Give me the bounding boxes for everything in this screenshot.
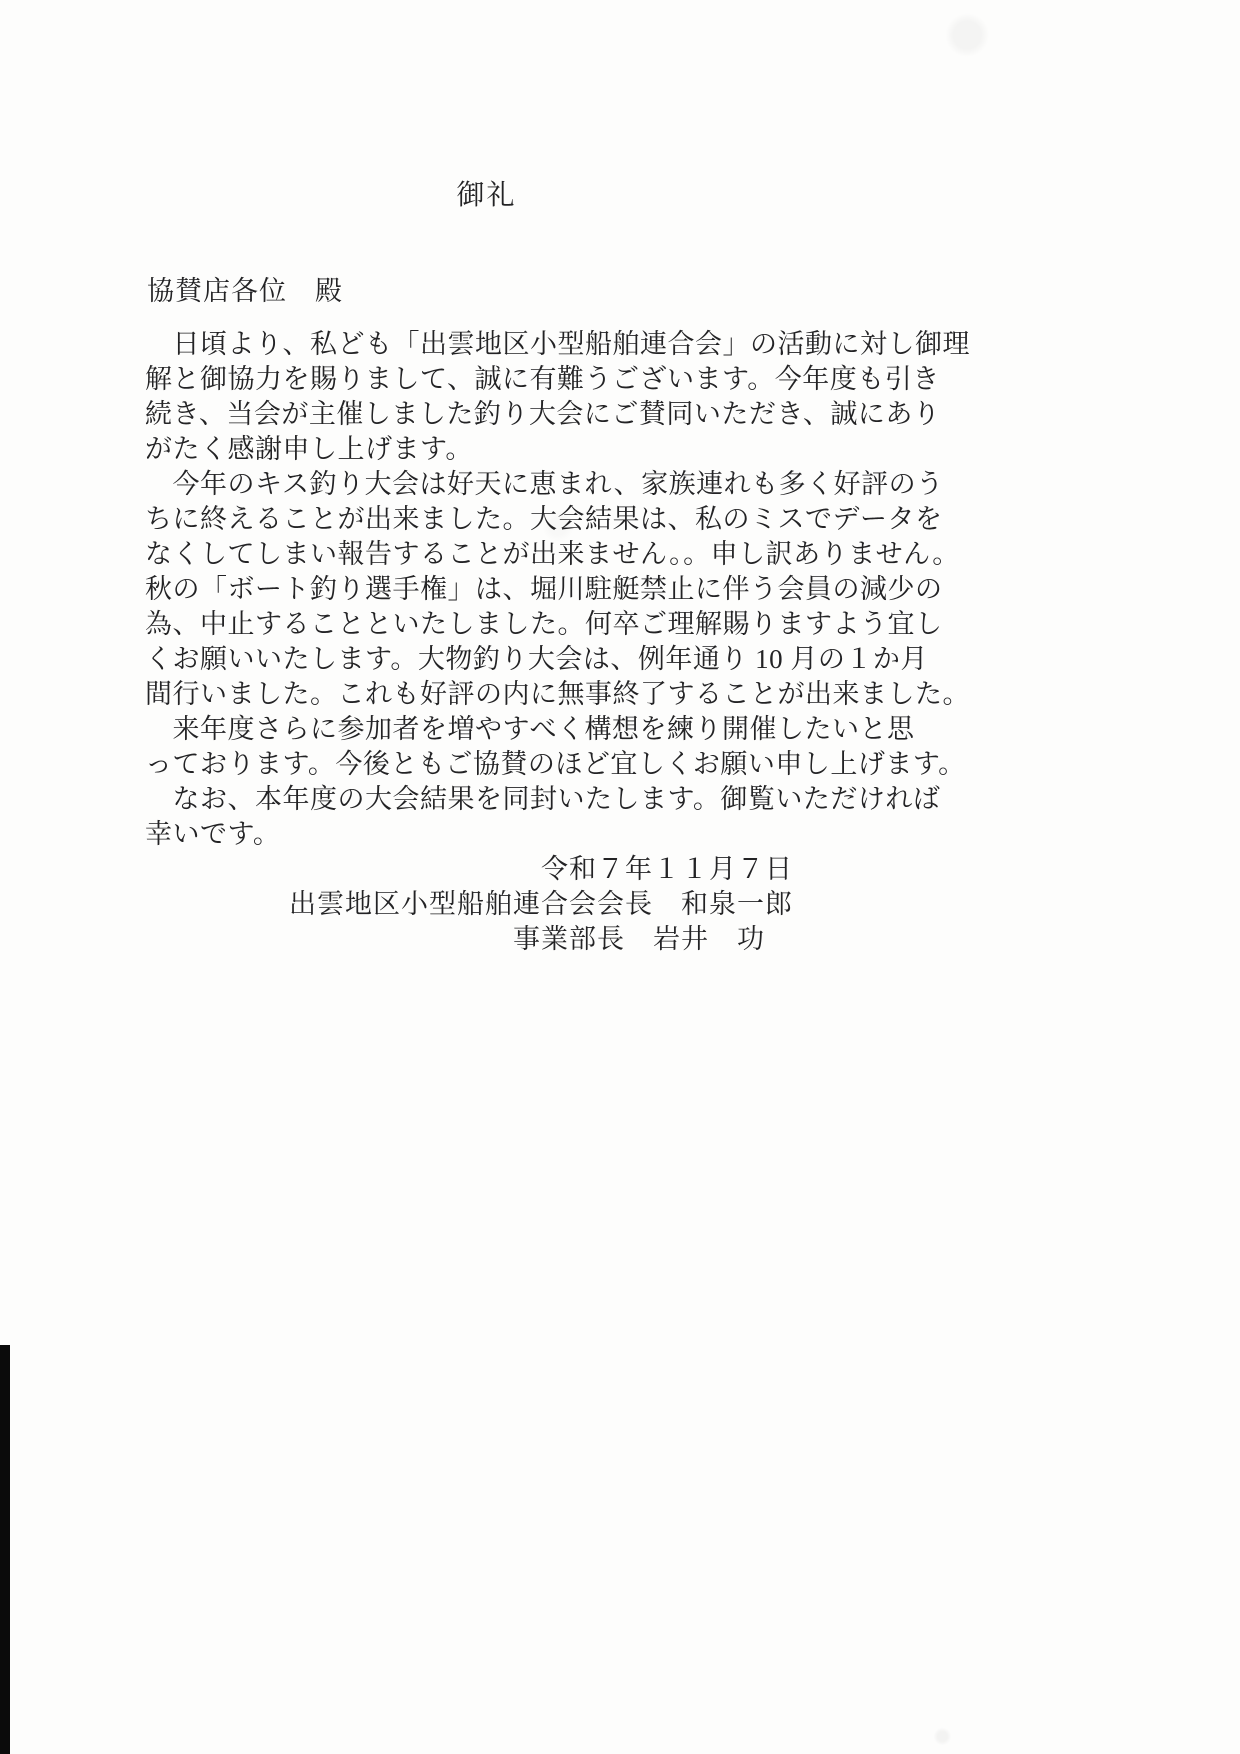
signature-chairman: 出雲地区小型船舶連合会会長 和泉一郎 [145,887,793,922]
body-line: 秋の「ボート釣り選手権」は、堀川駐艇禁止に伴う会員の減少の [145,572,845,607]
body-line: 解と御協力を賜りまして、誠に有難うございます。今年度も引き [145,362,845,397]
letter-title: 御礼 [145,178,828,213]
letter-addressee: 協賛店各位 殿 [147,274,343,309]
body-line: なお、本年度の大会結果を同封いたします。御覧いただければ [145,782,845,817]
body-line: 今年のキス釣り大会は好天に恵まれ、家族連れも多く好評のう [145,467,845,502]
body-line: 続き、当会が主催しました釣り大会にご賛同いただき、誠にあり [145,397,845,432]
scan-artifact-bar [0,1345,10,1754]
body-line: 日頃より、私ども「出雲地区小型船舶連合会」の活動に対し御理 [145,327,845,362]
body-line: くお願いいたします。大物釣り大会は、例年通り 10 月の１か月 [145,642,845,677]
body-line: 間行いました。これも好評の内に無事終了することが出来ました。 [145,677,845,712]
signature-manager: 事業部長 岩井 功 [145,922,793,957]
body-line: 幸いです。 [145,817,845,852]
letter-body: 日頃より、私ども「出雲地区小型船舶連合会」の活動に対し御理解と御協力を賜りまして… [145,327,845,852]
scanned-letter-page: 御礼 協賛店各位 殿 日頃より、私ども「出雲地区小型船舶連合会」の活動に対し御理… [0,0,1240,1754]
signature-date: 令和７年１１月７日 [145,852,793,887]
body-line: 来年度さらに参加者を増やすべく構想を練り開催したいと思 [145,712,845,747]
body-line: っております。今後ともご協賛のほど宜しくお願い申し上げます。 [145,747,845,782]
body-line: ちに終えることが出来ました。大会結果は、私のミスでデータを [145,502,845,537]
body-line: なくしてしまい報告することが出来ません。。申し訳ありません。 [145,537,845,572]
body-line: がたく感謝申し上げます。 [145,432,845,467]
signature-block: 令和７年１１月７日 出雲地区小型船舶連合会会長 和泉一郎 事業部長 岩井 功 [145,852,793,957]
body-line: 為、中止することといたしました。何卒ご理解賜りますよう宜し [145,607,845,642]
